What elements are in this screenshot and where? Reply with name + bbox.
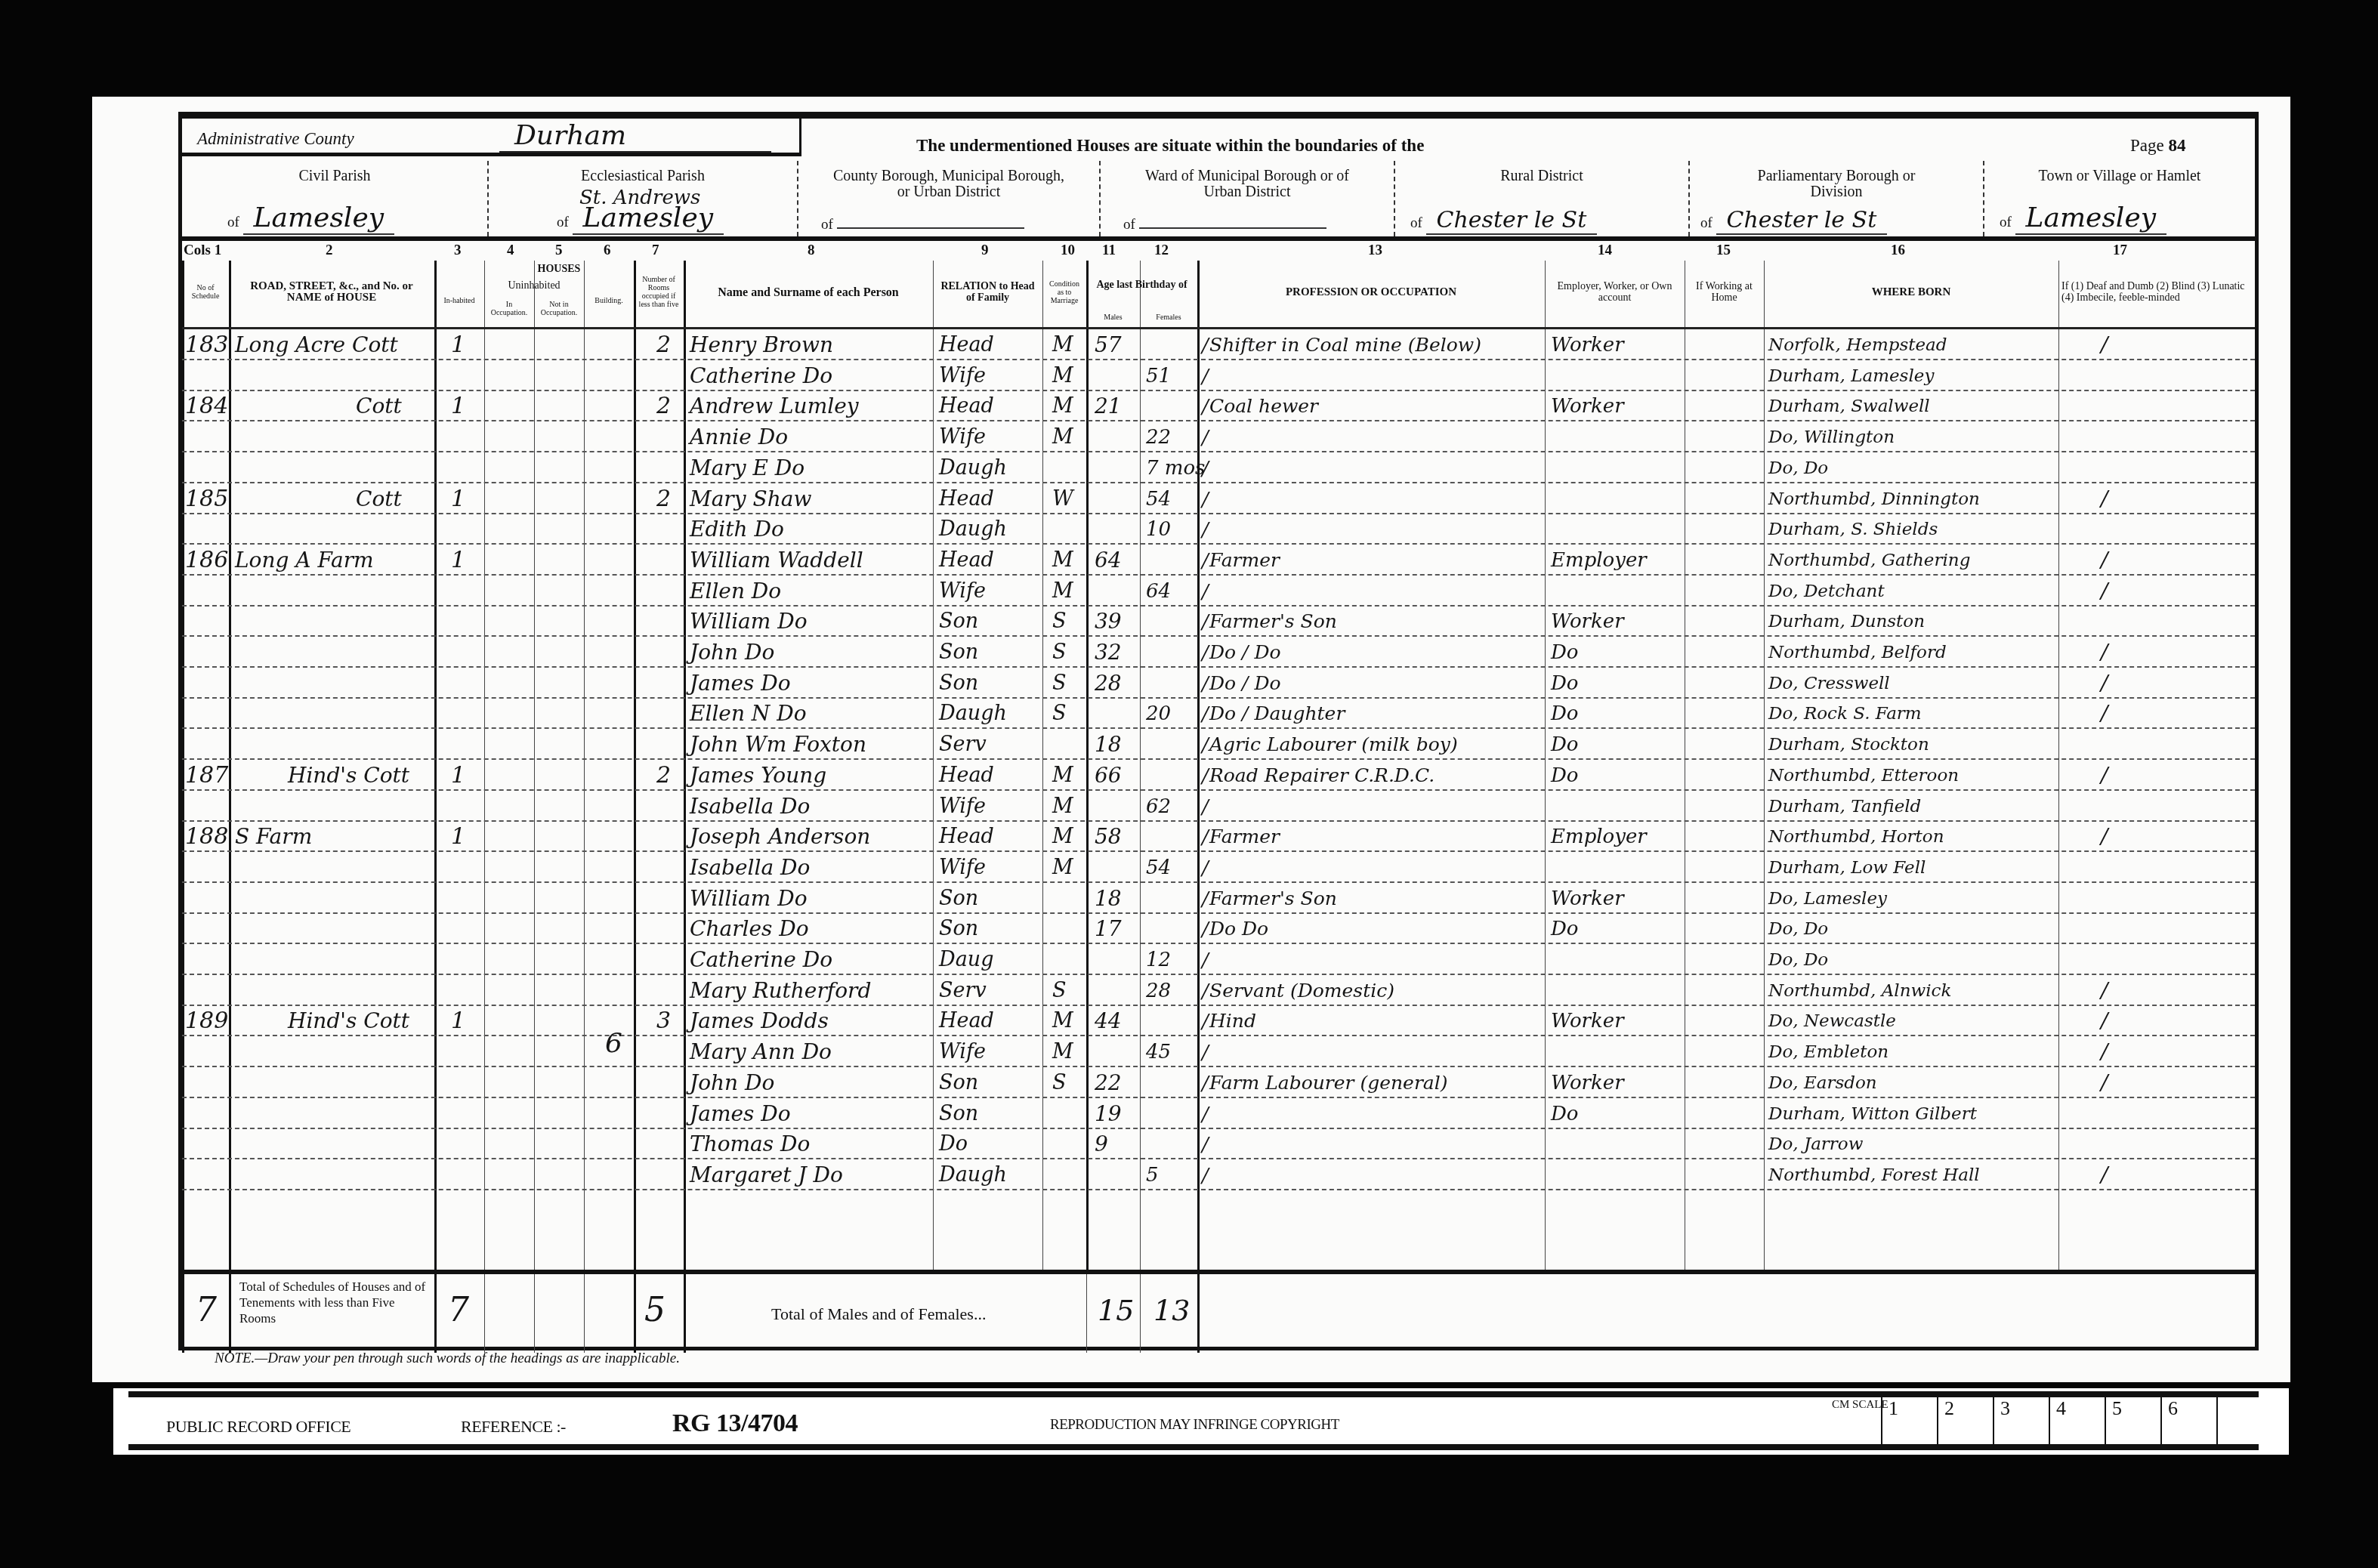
male-age-cell: 19 bbox=[1095, 1100, 1122, 1128]
infirmity-cell: / bbox=[2101, 670, 2108, 697]
schedule-cell: 186 bbox=[185, 547, 228, 574]
birthplace-cell: Northumbd, Horton bbox=[1768, 823, 1944, 850]
table-row: 186Long A Farm1William WaddellHeadM64Far… bbox=[182, 545, 2255, 576]
table-row: Edith DoDaugh10Durham, S. Shields/ bbox=[182, 514, 2255, 545]
tally-mark: / bbox=[1202, 703, 1209, 726]
name-cell: Henry Brown bbox=[690, 332, 833, 359]
tally-mark: / bbox=[1202, 1134, 1209, 1156]
inhabited-cell: 1 bbox=[451, 762, 465, 789]
rooms-cell: 2 bbox=[656, 762, 671, 789]
table-row: Charles DoSon17Do DoDoDo, Do/ bbox=[182, 914, 2255, 944]
tally-mark: / bbox=[1202, 918, 1209, 941]
name-cell: William Waddell bbox=[690, 547, 863, 574]
header-occupation: PROFESSION OR OCCUPATION bbox=[1197, 261, 1545, 324]
of-label: of bbox=[1700, 215, 1712, 231]
table-row: Thomas DoDo9Do, Jarrow/ bbox=[182, 1129, 2255, 1159]
tally-mark: / bbox=[1202, 826, 1209, 849]
employer-cell: Do bbox=[1551, 731, 1579, 758]
total-females: 13 bbox=[1153, 1294, 1190, 1327]
address-cell: Cott bbox=[356, 486, 402, 513]
birthplace-cell: Do, Embleton bbox=[1768, 1039, 1889, 1066]
header-age: Age last Birthday of bbox=[1086, 261, 1197, 309]
relation-cell: Head bbox=[939, 486, 994, 513]
tally-mark: / bbox=[1202, 396, 1209, 418]
of-label: of bbox=[1410, 215, 1422, 231]
header-inhabited: In-habited bbox=[434, 277, 484, 324]
of-label: of bbox=[557, 215, 569, 230]
relation-cell: Son bbox=[939, 1100, 978, 1128]
employer-cell: Worker bbox=[1551, 393, 1624, 420]
birthplace-cell: Do, Newcastle bbox=[1768, 1008, 1896, 1035]
schedule-cell: 189 bbox=[185, 1008, 228, 1035]
inhabited-cell: 1 bbox=[451, 393, 465, 420]
tally-mark: / bbox=[1202, 489, 1209, 511]
condition-cell: M bbox=[1052, 1039, 1073, 1066]
relation-cell: Head bbox=[939, 393, 994, 420]
employer-cell: Do bbox=[1551, 639, 1579, 666]
male-age-cell: 9 bbox=[1095, 1131, 1108, 1158]
name-cell: James Young bbox=[690, 762, 826, 789]
employer-cell: Employer bbox=[1551, 547, 1647, 574]
area-rural-district: Rural District of Chester le St bbox=[1395, 161, 1690, 236]
table-row: 183Long Acre Cott12Henry BrownHeadM57Shi… bbox=[182, 330, 2255, 360]
birthplace-cell: Northumbd, Forest Hall bbox=[1768, 1162, 1980, 1189]
condition-cell: M bbox=[1052, 823, 1073, 850]
name-cell: Catherine Do bbox=[690, 363, 832, 390]
name-cell: William Do bbox=[690, 885, 808, 912]
infirmity-cell: / bbox=[2101, 332, 2108, 359]
schedule-cell: 185 bbox=[185, 486, 228, 513]
of-label: of bbox=[227, 215, 239, 230]
infirmity-cell: / bbox=[2101, 1008, 2108, 1035]
totals-row: 7 Total of Schedules of Houses and of Te… bbox=[182, 1270, 2255, 1353]
header-schedule: No of Schedule bbox=[182, 261, 229, 324]
header-born: WHERE BORN bbox=[1764, 261, 2058, 324]
name-cell: Thomas Do bbox=[690, 1131, 810, 1158]
name-cell: John Wm Foxton bbox=[690, 731, 866, 758]
relation-cell: Son bbox=[939, 915, 978, 943]
female-age-cell: 22 bbox=[1146, 424, 1171, 451]
birthplace-cell: Durham, Stockton bbox=[1768, 731, 1929, 758]
archive-footer: PUBLIC RECORD OFFICE REFERENCE :- RG 13/… bbox=[113, 1388, 2289, 1455]
male-age-cell: 44 bbox=[1095, 1008, 1122, 1035]
relation-cell: Head bbox=[939, 1008, 994, 1035]
female-age-cell: 64 bbox=[1146, 578, 1171, 605]
name-cell: Ellen N Do bbox=[690, 700, 807, 727]
employer-cell: Employer bbox=[1551, 823, 1647, 850]
area-parliamentary-division: Parliamentary Borough or Division of Che… bbox=[1690, 161, 1984, 236]
header-building: Building. bbox=[584, 277, 634, 324]
condition-cell: S bbox=[1052, 700, 1067, 727]
birthplace-cell: Durham, Low Fell bbox=[1768, 854, 1926, 881]
col-num: 2 bbox=[326, 242, 333, 259]
condition-cell: S bbox=[1052, 608, 1067, 635]
col-num: 13 bbox=[1368, 242, 1382, 259]
area-value bbox=[1139, 227, 1326, 229]
relation-cell: Daug bbox=[939, 946, 993, 974]
relation-cell: Wife bbox=[939, 854, 986, 881]
header-in-occupation: In Occupation. bbox=[484, 294, 534, 324]
col-num: 3 bbox=[454, 242, 462, 259]
address-cell: S Farm bbox=[235, 823, 312, 850]
page-number: Page 84 bbox=[2130, 136, 2185, 156]
infirmity-cell: / bbox=[2101, 700, 2108, 727]
table-row: Mary RutherfordServS28Servant (Domestic)… bbox=[182, 976, 2255, 1006]
occupation-cell: Farmer's Son bbox=[1209, 608, 1337, 635]
infirmity-cell: / bbox=[2101, 1039, 2108, 1066]
tally-mark: / bbox=[1202, 980, 1209, 1003]
condition-cell: M bbox=[1052, 793, 1073, 820]
tally-mark: / bbox=[1202, 335, 1209, 357]
name-cell: Mary E Do bbox=[690, 455, 805, 482]
birthplace-cell: Northumbd, Gathering bbox=[1768, 547, 1970, 574]
inhabited-cell: 1 bbox=[451, 486, 465, 513]
col-num: 6 bbox=[604, 242, 611, 259]
table-row: Isabella DoWifeM62Durham, Tanfield/ bbox=[182, 792, 2255, 822]
col-num: 12 bbox=[1154, 242, 1169, 259]
boundaries-statement: The undermentioned Houses are situate wi… bbox=[916, 136, 1424, 156]
table-row: Ellen N DoDaughS20Do / DaughterDoDo, Roc… bbox=[182, 699, 2255, 729]
condition-cell: M bbox=[1052, 424, 1073, 451]
area-value: Lamesley bbox=[573, 202, 724, 235]
area-boundaries-row: Civil Parish of Lamesley Ecclesiastical … bbox=[182, 161, 2255, 241]
name-cell: Ellen Do bbox=[690, 578, 781, 605]
female-age-cell: 54 bbox=[1146, 486, 1171, 513]
address-cell: Hind's Cott bbox=[288, 762, 409, 789]
occupation-cell: Do Do bbox=[1209, 915, 1268, 943]
scale-mark: 4 bbox=[2049, 1397, 2103, 1444]
occupation-cell: Road Repairer C.R.D.C. bbox=[1209, 762, 1435, 789]
condition-cell: S bbox=[1052, 1070, 1067, 1097]
area-value: Lamesley bbox=[2015, 202, 2166, 235]
total-inhabited: 7 bbox=[448, 1291, 469, 1329]
name-cell: Isabella Do bbox=[690, 793, 810, 820]
page-label: Page bbox=[2130, 136, 2164, 155]
reference-number: RG 13/4704 bbox=[672, 1409, 798, 1438]
col-num: 8 bbox=[808, 242, 815, 259]
table-row: John Wm FoxtonServ18Agric Labourer (milk… bbox=[182, 730, 2255, 760]
occupation-cell: Coal hewer bbox=[1209, 393, 1318, 420]
name-cell: Margaret J Do bbox=[690, 1162, 843, 1189]
relation-cell: Serv bbox=[939, 977, 987, 1005]
occupation-cell: Do / Do bbox=[1209, 639, 1281, 666]
rooms-cell: 2 bbox=[656, 332, 671, 359]
relation-cell: Daugh bbox=[939, 516, 1007, 543]
col-num: 5 bbox=[555, 242, 563, 259]
col-num: 14 bbox=[1598, 242, 1612, 259]
header-name: Name and Surname of each Person bbox=[684, 261, 933, 324]
birthplace-cell: Durham, Dunston bbox=[1768, 608, 1925, 635]
male-age-cell: 21 bbox=[1095, 393, 1122, 420]
infirmity-cell: / bbox=[2101, 1162, 2108, 1189]
name-cell: James Do bbox=[690, 1100, 791, 1128]
relation-cell: Son bbox=[939, 1070, 978, 1097]
female-age-cell: 5 bbox=[1146, 1162, 1159, 1189]
table-row: James DoSon19DoDurham, Witton Gilbert/ bbox=[182, 1099, 2255, 1129]
employer-cell: Do bbox=[1551, 700, 1579, 727]
page-number-value: 84 bbox=[2168, 136, 2185, 155]
infirmity-cell: / bbox=[2101, 578, 2108, 605]
header-males: Males bbox=[1086, 309, 1140, 326]
female-age-cell: 62 bbox=[1146, 793, 1171, 820]
name-cell: James Dodds bbox=[690, 1008, 829, 1035]
employer-cell: Worker bbox=[1551, 1008, 1624, 1035]
table-row: Catherine DoDaug12Do, Do/ bbox=[182, 945, 2255, 975]
name-cell: Catherine Do bbox=[690, 946, 832, 974]
occupation-cell: Farmer bbox=[1209, 547, 1280, 574]
administrative-county-box: Administrative County Durham bbox=[182, 119, 801, 156]
col-num: 15 bbox=[1716, 242, 1731, 259]
name-cell: James Do bbox=[690, 670, 791, 697]
male-age-cell: 18 bbox=[1095, 885, 1122, 912]
condition-cell: M bbox=[1052, 547, 1073, 574]
header-employer: Employer, Worker, or Own account bbox=[1545, 261, 1685, 324]
area-town-village: Town or Village or Hamlet of Lamesley bbox=[1984, 161, 2255, 236]
relation-cell: Daugh bbox=[939, 700, 1007, 727]
name-cell: Isabella Do bbox=[690, 854, 810, 881]
inhabited-cell: 1 bbox=[451, 1008, 465, 1035]
birthplace-cell: Norfolk, Hempstead bbox=[1768, 332, 1947, 359]
relation-cell: Wife bbox=[939, 578, 986, 605]
birthplace-cell: Durham, Swalwell bbox=[1768, 393, 1930, 420]
occupation-cell: Agric Labourer (milk boy) bbox=[1209, 731, 1458, 758]
table-row: 184Cott12Andrew LumleyHeadM21Coal hewerW… bbox=[182, 391, 2255, 421]
address-cell: Hind's Cott bbox=[288, 1008, 409, 1035]
area-ecclesiastical-parish: Ecclesiastical Parish St. Andrews of Lam… bbox=[489, 161, 798, 236]
name-cell: Mary Shaw bbox=[690, 486, 811, 513]
header-infirmity: If (1) Deaf and Dumb (2) Blind (3) Lunat… bbox=[2058, 261, 2255, 324]
condition-cell: M bbox=[1052, 1008, 1073, 1035]
area-value: Chester le St bbox=[1426, 207, 1598, 235]
condition-cell: S bbox=[1052, 639, 1067, 666]
tally-mark: / bbox=[1202, 796, 1209, 819]
occupation-cell: Farm Labourer (general) bbox=[1209, 1070, 1448, 1097]
birthplace-cell: Northumbd, Alnwick bbox=[1768, 977, 1951, 1005]
condition-cell: M bbox=[1052, 854, 1073, 881]
table-row: Margaret J DoDaugh5Northumbd, Forest Hal… bbox=[182, 1160, 2255, 1190]
employer-cell: Worker bbox=[1551, 1070, 1624, 1097]
birthplace-cell: Northumbd, Etteroon bbox=[1768, 762, 1959, 789]
female-age-cell: 12 bbox=[1146, 946, 1171, 974]
tally-mark: / bbox=[1202, 366, 1209, 388]
table-row: 187Hind's Cott12James YoungHeadM66Road R… bbox=[182, 761, 2255, 791]
rooms-cell: 2 bbox=[656, 486, 671, 513]
male-age-cell: 66 bbox=[1095, 762, 1122, 789]
occupation-cell: Farmer's Son bbox=[1209, 885, 1337, 912]
employer-cell: Do bbox=[1551, 915, 1579, 943]
col-num: 7 bbox=[652, 242, 659, 259]
total-schedules-label: Total of Schedules of Houses and of Tene… bbox=[239, 1279, 428, 1326]
relation-cell: Wife bbox=[939, 1039, 986, 1066]
birthplace-cell: Northumbd, Dinnington bbox=[1768, 486, 1980, 513]
female-age-cell: 45 bbox=[1146, 1039, 1171, 1066]
relation-cell: Wife bbox=[939, 363, 986, 390]
male-age-cell: 39 bbox=[1095, 608, 1122, 635]
table-row: Ellen DoWifeM64Do, Detchant// bbox=[182, 576, 2255, 607]
birthplace-cell: Do, Earsdon bbox=[1768, 1070, 1877, 1097]
condition-cell: M bbox=[1052, 393, 1073, 420]
birthplace-cell: Do, Willington bbox=[1768, 424, 1895, 451]
tally-mark: / bbox=[1202, 888, 1209, 911]
relation-cell: Serv bbox=[939, 731, 987, 758]
table-row: John DoSonS32Do / DoDoNorthumbd, Belford… bbox=[182, 637, 2255, 668]
table-row: William DoSonS39Farmer's SonWorkerDurham… bbox=[182, 607, 2255, 637]
header-address: ROAD, STREET, &c., and No. or NAME of HO… bbox=[229, 261, 434, 324]
relation-cell: Head bbox=[939, 332, 994, 359]
tally-mark: / bbox=[1202, 673, 1209, 696]
table-row: Mary E DoDaugh7 mosDo, Do/ bbox=[182, 453, 2255, 483]
infirmity-cell: / bbox=[2101, 547, 2108, 574]
table-row: 189Hind's Cott13James DoddsHeadM44HindWo… bbox=[182, 1006, 2255, 1036]
table-row: Isabella DoWifeM54Durham, Low Fell/ bbox=[182, 853, 2255, 883]
table-row: James DoSonS28Do / DoDoDo, Cresswell// bbox=[182, 668, 2255, 699]
area-label: Civil Parish bbox=[182, 168, 487, 184]
infirmity-cell: / bbox=[2101, 762, 2108, 789]
occupation-cell: Do / Do bbox=[1209, 670, 1281, 697]
birthplace-cell: Do, Lamesley bbox=[1768, 885, 1887, 912]
uninhabited-mark: 6 bbox=[605, 1028, 622, 1059]
area-ward: Ward of Municipal Borough or of Urban Di… bbox=[1101, 161, 1395, 236]
address-cell: Long A Farm bbox=[235, 547, 374, 574]
tally-mark: / bbox=[1202, 857, 1209, 880]
area-label: Parliamentary Borough or Division bbox=[1690, 168, 1983, 200]
schedule-cell: 187 bbox=[185, 762, 228, 789]
infirmity-cell: / bbox=[2101, 823, 2108, 850]
employer-cell: Do bbox=[1551, 762, 1579, 789]
col-num: 17 bbox=[2113, 242, 2127, 259]
male-age-cell: 22 bbox=[1095, 1070, 1122, 1097]
name-cell: John Do bbox=[690, 639, 774, 666]
scale-end bbox=[2216, 1397, 2271, 1444]
birthplace-cell: Do, Rock S. Farm bbox=[1768, 700, 1922, 727]
name-cell: Joseph Anderson bbox=[690, 823, 870, 850]
tally-mark: / bbox=[1202, 1103, 1209, 1126]
tally-mark: / bbox=[1202, 550, 1209, 573]
birthplace-cell: Do, Detchant bbox=[1768, 578, 1885, 605]
administrative-county-value: Durham bbox=[499, 120, 771, 153]
col-num: 16 bbox=[1891, 242, 1905, 259]
table-row: Annie DoWifeM22Do, Willington/ bbox=[182, 422, 2255, 452]
header-rooms: Number of Rooms occupied if less than fi… bbox=[634, 261, 684, 324]
female-age-cell: 10 bbox=[1146, 516, 1171, 543]
table-row: 188S Farm1Joseph AndersonHeadM58FarmerEm… bbox=[182, 822, 2255, 852]
employer-cell: Worker bbox=[1551, 332, 1624, 359]
area-label: County Borough, Municipal Borough, or Ur… bbox=[798, 168, 1099, 200]
relation-cell: Daugh bbox=[939, 455, 1007, 482]
birthplace-cell: Do, Cresswell bbox=[1768, 670, 1890, 697]
col-num: 10 bbox=[1061, 242, 1075, 259]
name-cell: John Do bbox=[690, 1070, 774, 1097]
rooms-cell: 3 bbox=[656, 1008, 671, 1035]
employer-cell: Do bbox=[1551, 1100, 1579, 1128]
birthplace-cell: Durham, Witton Gilbert bbox=[1768, 1100, 1977, 1128]
female-age-cell: 20 bbox=[1146, 700, 1171, 727]
schedule-cell: 184 bbox=[185, 393, 228, 420]
tally-mark: / bbox=[1202, 458, 1209, 480]
of-label: of bbox=[2000, 215, 2012, 230]
condition-cell: W bbox=[1052, 486, 1073, 513]
birthplace-cell: Do, Do bbox=[1768, 915, 1828, 943]
tally-mark: / bbox=[1202, 1042, 1209, 1064]
condition-cell: S bbox=[1052, 670, 1067, 697]
infirmity-cell: / bbox=[2101, 639, 2108, 666]
tally-mark: / bbox=[1202, 765, 1209, 788]
occupation-cell: Farmer bbox=[1209, 823, 1280, 850]
scale-mark: 2 bbox=[1937, 1397, 1991, 1444]
of-label: of bbox=[1123, 217, 1135, 233]
header-at-home: If Working at Home bbox=[1685, 261, 1764, 324]
area-civil-parish: Civil Parish of Lamesley bbox=[182, 161, 489, 236]
header-houses: HOUSES bbox=[484, 261, 634, 277]
of-label: of bbox=[821, 217, 833, 233]
tally-mark: / bbox=[1202, 1165, 1209, 1187]
reference-label: REFERENCE :- bbox=[461, 1417, 566, 1437]
birthplace-cell: Do, Jarrow bbox=[1768, 1131, 1863, 1158]
infirmity-cell: / bbox=[2101, 977, 2108, 1005]
scale-mark: 3 bbox=[1993, 1397, 2047, 1444]
record-office: PUBLIC RECORD OFFICE bbox=[166, 1417, 351, 1437]
col-num: 4 bbox=[507, 242, 514, 259]
header-females: Females bbox=[1140, 309, 1197, 326]
name-cell: Mary Rutherford bbox=[690, 977, 871, 1005]
inhabited-cell: 1 bbox=[451, 332, 465, 359]
relation-cell: Wife bbox=[939, 424, 986, 451]
female-age-cell: 28 bbox=[1146, 977, 1171, 1005]
schedule-cell: 188 bbox=[185, 823, 228, 850]
area-value: Chester le St bbox=[1716, 207, 1888, 235]
table-row: 185Cott12Mary ShawHeadW54Northumbd, Dinn… bbox=[182, 484, 2255, 514]
relation-cell: Do bbox=[939, 1131, 968, 1158]
header-uninhabited: Uninhabited bbox=[484, 277, 584, 294]
relation-cell: Son bbox=[939, 885, 978, 912]
male-age-cell: 57 bbox=[1095, 332, 1122, 359]
table-row: John DoSonS22Farm Labourer (general)Work… bbox=[182, 1068, 2255, 1098]
name-cell: William Do bbox=[690, 608, 808, 635]
inhabited-cell: 1 bbox=[451, 547, 465, 574]
tally-mark: / bbox=[1202, 427, 1209, 449]
relation-cell: Head bbox=[939, 823, 994, 850]
birthplace-cell: Durham, Tanfield bbox=[1768, 793, 1921, 820]
male-age-cell: 32 bbox=[1095, 639, 1122, 666]
condition-cell: M bbox=[1052, 578, 1073, 605]
infirmity-cell: / bbox=[2101, 1070, 2108, 1097]
tally-mark: / bbox=[1202, 949, 1209, 972]
rooms-cell: 2 bbox=[656, 393, 671, 420]
employer-cell: Do bbox=[1551, 670, 1579, 697]
header-relation: RELATION to Head of Family bbox=[933, 261, 1042, 324]
header-condition: Condition as to Marriage bbox=[1042, 261, 1086, 324]
condition-cell: M bbox=[1052, 363, 1073, 390]
instruction-note: NOTE.—Draw your pen through such words o… bbox=[215, 1350, 680, 1367]
scale-mark: 6 bbox=[2160, 1397, 2215, 1444]
male-age-cell: 64 bbox=[1095, 547, 1122, 574]
relation-cell: Son bbox=[939, 639, 978, 666]
schedule-cell: 183 bbox=[185, 332, 228, 359]
address-cell: Long Acre Cott bbox=[235, 332, 398, 359]
enumeration-table: No of Schedule ROAD, STREET, &c., and No… bbox=[182, 261, 2255, 1270]
name-cell: Mary Ann Do bbox=[690, 1039, 832, 1066]
area-label: Town or Village or Hamlet bbox=[1984, 168, 2255, 184]
relation-cell: Son bbox=[939, 608, 978, 635]
employer-cell: Worker bbox=[1551, 608, 1624, 635]
tally-mark: / bbox=[1202, 519, 1209, 542]
tally-mark: / bbox=[1202, 734, 1209, 757]
col-num: Cols 1 bbox=[184, 242, 221, 259]
birthplace-cell: Durham, Lamesley bbox=[1768, 363, 1934, 390]
total-schedules: 7 bbox=[196, 1291, 217, 1329]
total-males-females-label: Total of Males and of Females... bbox=[771, 1304, 986, 1324]
address-cell: Cott bbox=[356, 393, 402, 420]
